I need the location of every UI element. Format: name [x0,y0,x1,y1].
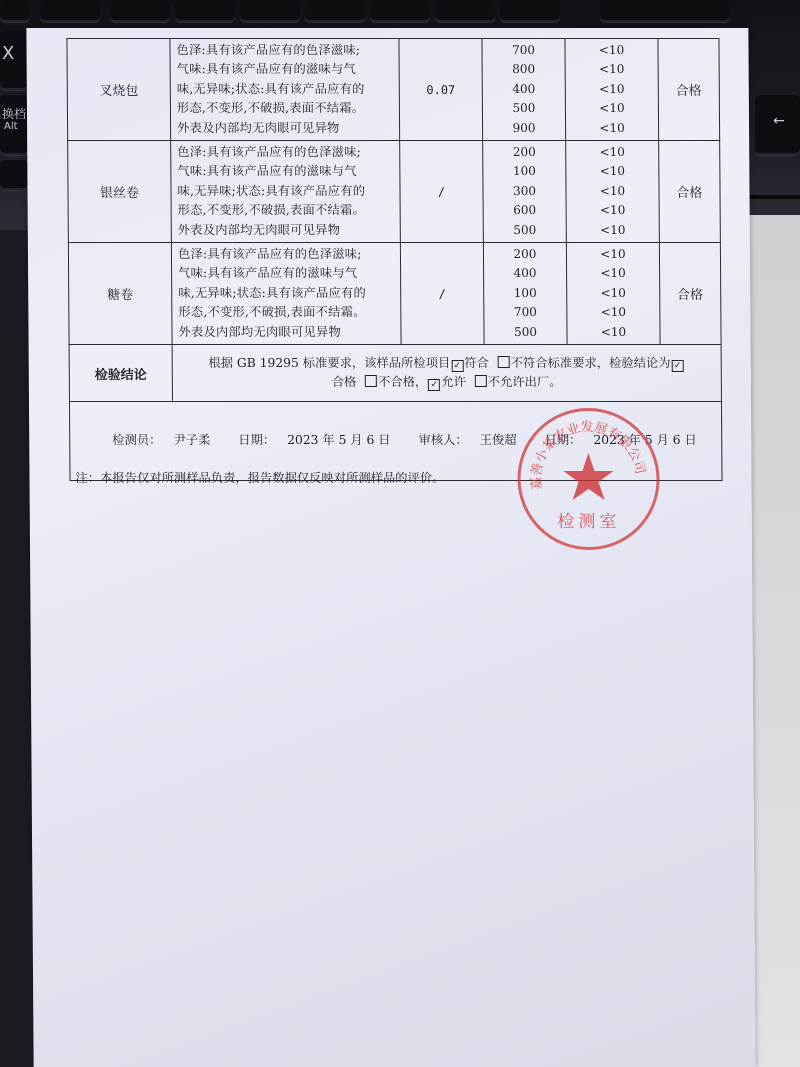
product-name: 银丝卷 [68,141,172,243]
sensory-requirement: 色泽:具有该产品应有的色泽滋味;气味:具有该产品应有的滋味与气味,无异味;状态:… [171,243,401,345]
label-fail: 不合格， [378,375,427,389]
checkbox-allow[interactable]: ✓ [428,379,440,391]
coliform-limits: <10<10<10<10<10 [566,243,660,345]
result: 合格 [659,141,720,243]
checkbox-disallow[interactable] [475,375,487,387]
keyboard-key [370,0,430,22]
table-row: 叉烧包色泽:具有该产品应有的色泽滋味;气味:具有该产品应有的滋味与气味,无异味;… [67,39,719,141]
coliform-limits: <10<10<10<10<10 [566,141,660,243]
report-note: 注：本报告仅对所测样品负责，报告数据仅反映对所测样品的评价。 [75,468,444,486]
seal-icon: 嘉善小某农业发展有限公司 检测室 [520,411,657,547]
product-name: 叉烧包 [67,39,171,141]
inspector-name: 尹子柔 [173,433,210,447]
conclusion-prefix: 根据 GB 19295 标准要求，该样品所检项目 [208,356,450,370]
keyboard-key [0,0,30,22]
conclusion-row: 检验结论 根据 GB 19295 标准要求，该样品所检项目✓符合 不符合标准要求… [69,345,721,402]
alt-key-sublabel: Alt [4,121,18,132]
keyboard-key-alt: 换档 Alt [0,95,28,155]
keyboard-key-x: X [0,30,28,90]
label-allow: 允许 [441,375,466,389]
svg-text:检测室: 检测室 [557,512,620,532]
checkbox-pass[interactable]: ✓ [672,360,684,372]
reviewer-name: 王俊超 [480,433,517,447]
x-key-label: X [2,43,14,64]
keyboard-key [240,0,300,22]
label-pass: 合格 [332,375,357,389]
keyboard-key [0,160,28,190]
colony-counts: 200100300600500 [483,141,567,243]
keyboard-key-backspace: ← [755,95,800,155]
date1-label: 日期： [238,433,275,447]
reviewer-label: 审核人： [418,433,467,447]
measured-value: / [400,141,484,243]
arrow-left-icon: ← [773,113,785,129]
keyboard-key [110,0,170,22]
coliform-limits: <10<10<10<10<10 [565,39,659,141]
alt-key-label: 换档 [2,105,26,122]
measured-value: 0.07 [399,39,483,141]
product-name: 糖卷 [68,243,172,345]
keyboard-key [600,0,730,22]
colony-counts: 200400100700500 [483,243,567,345]
label-disallow: 不允许出厂。 [488,375,562,389]
result: 合格 [658,39,719,141]
keyboard-key [305,0,365,22]
checkbox-fail[interactable] [365,375,377,387]
sensory-requirement: 色泽:具有该产品应有的色泽滋味;气味:具有该产品应有的滋味与气味,无异味;状态:… [170,39,400,141]
table-row: 糖卷色泽:具有该产品应有的色泽滋味;气味:具有该产品应有的滋味与气味,无异味;状… [68,243,720,345]
keyboard-key [500,0,560,22]
label-noncomply: 不符合标准要求，检验结论为 [511,356,671,370]
table-row: 银丝卷色泽:具有该产品应有的色泽滋味;气味:具有该产品应有的滋味与气味,无异味;… [68,141,720,243]
result: 合格 [659,243,720,345]
conclusion-label: 检验结论 [69,345,172,402]
company-seal-stamp: 嘉善小某农业发展有限公司 检测室 [517,408,660,550]
keyboard-key [175,0,235,22]
inspector-label: 检测员： [112,433,161,447]
checkbox-comply[interactable]: ✓ [451,360,463,372]
keyboard-key [435,0,495,22]
sensory-requirement: 色泽:具有该产品应有的色泽滋味;气味:具有该产品应有的滋味与气味,无异味;状态:… [171,141,401,243]
inspection-report-paper: 叉烧包色泽:具有该产品应有的色泽滋味;气味:具有该产品应有的滋味与气味,无异味;… [26,28,755,1067]
conclusion-text: 根据 GB 19295 标准要求，该样品所检项目✓符合 不符合标准要求，检验结论… [172,345,721,402]
measured-value: / [400,243,484,345]
keyboard-key [40,0,100,22]
label-comply: 符合 [464,356,489,370]
inspection-date: 2023 年 5 月 6 日 [287,433,390,447]
colony-counts: 700800400500900 [482,39,566,141]
checkbox-noncomply[interactable] [498,356,510,368]
